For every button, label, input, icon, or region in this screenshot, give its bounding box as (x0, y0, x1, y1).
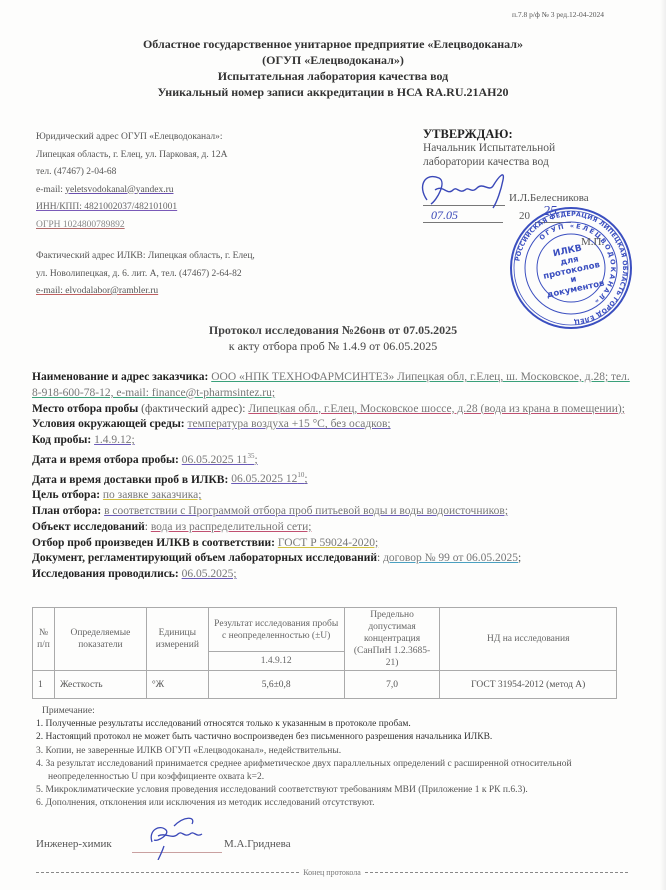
field-sampled-by: Отбор проб произведен ИЛКВ в соответстви… (32, 536, 632, 552)
field-document: Документ, регламентирующий объем лаборат… (32, 551, 632, 567)
note-item: 1. Полученные результаты исследований от… (36, 718, 646, 731)
field-customer: Наименование и адрес заказчика: ООО «НПК… (32, 370, 632, 402)
cell-num: 1 (33, 671, 55, 699)
cell-units: °Ж (146, 671, 208, 699)
sample-code-value: 1.4.9.12; (94, 434, 135, 446)
field-sampling-datetime: Дата и время отбора пробы: 06.05.2025 11… (32, 449, 632, 469)
header-indicator: Определяемые показатели (54, 608, 146, 671)
approval-title: УТВЕРЖДАЮ: (423, 127, 555, 141)
note-item: 2. Настоящий протокол не может быть част… (36, 731, 646, 744)
end-of-protocol: Конец протокола (36, 868, 628, 877)
field-delivery-datetime: Дата и время доставки проб в ИЛКВ: 06.05… (32, 469, 632, 489)
cell-indicator: Жесткость (54, 671, 146, 699)
approver-position-1: Начальник Испытательной (423, 141, 555, 155)
legal-email-row: e-mail: yeletsvodokanal@yandex.ru (36, 182, 227, 200)
ogrn: ОГРН 1024800789892 (36, 217, 227, 235)
sampling-datetime-value: 06.05.2025 1135; (182, 454, 258, 466)
cell-limit: 7,0 (344, 671, 440, 699)
protocol-subtitle: к акту отбора проб № 1.4.9 от 06.05.2025 (0, 338, 666, 354)
protocol-number: №26онв от 07.05.2025 (342, 323, 457, 337)
approval-block: УТВЕРЖДАЮ: Начальник Испытательной лабор… (423, 127, 555, 169)
legal-email-link[interactable]: yeletsvodokanal@yandex.ru (65, 185, 173, 195)
environment-value: температура воздуха +15 °С, без осадков; (188, 418, 391, 430)
end-text: Конец протокола (299, 868, 365, 877)
inn-kpp: ИНН/КПП: 4821002037/482101001 (36, 199, 227, 217)
legal-phone: тел. (47467) 2-04-68 (36, 164, 227, 182)
actual-address-line2: ул. Новолипецкая, д. 6. лит. А, тел. (47… (36, 266, 255, 284)
note-item: 4. За результат исследований принимается… (36, 758, 646, 784)
sampling-place-value: Липецкая обл., г.Елец, Московское шоссе,… (248, 403, 625, 415)
legal-address-line: Липецкая область, г. Елец, ул. Парковая,… (36, 147, 227, 165)
header-num: № п/п (33, 608, 55, 671)
approver-signature-icon (413, 170, 523, 216)
protocol-title: Протокол исследования №26онв от 07.05.20… (0, 322, 666, 338)
field-sample-code: Код пробы: 1.4.9.12; (32, 433, 632, 449)
notes-title: Примечание: (36, 705, 646, 718)
protocol-title-block: Протокол исследования №26онв от 07.05.20… (0, 322, 666, 354)
object-value: вода из распределительной сети; (151, 521, 312, 533)
header-method: НД на исследования (440, 608, 617, 671)
header-limit: Предельно допустимая концентрация (СанПи… (344, 608, 440, 671)
form-reference: п.7.8 р/ф № 3 ред.12-04-2024 (512, 10, 604, 19)
purpose-value: по заявке заказчика; (103, 489, 202, 501)
approver-position-2: лаборатории качества вод (423, 155, 555, 169)
legal-email-label: e-mail: (36, 185, 65, 195)
lab-name: Испытательная лаборатория качества вод (0, 68, 666, 84)
field-conducted: Исследования проводились: 06.05.2025; (32, 567, 632, 583)
header-sample-code: 1.4.9.12 (208, 652, 344, 671)
engineer-name: М.А.Гриднева (224, 838, 291, 850)
field-plan: План отбора: в соответствии с Программой… (32, 504, 632, 520)
notes-block: Примечание: 1. Полученные результаты исс… (36, 705, 646, 811)
engineer-position: Инженер-химик (36, 838, 112, 850)
cell-result: 5,6±0,8 (208, 671, 344, 699)
document-value: договор № 99 от 06.05.2025 (383, 552, 518, 564)
table-row: 1 Жесткость °Ж 5,6±0,8 7,0 ГОСТ 31954-20… (33, 671, 617, 699)
conducted-value: 06.05.2025; (182, 568, 237, 580)
results-table: № п/п Определяемые показатели Единицы из… (32, 607, 617, 699)
header-result: Результат исследования пробы с неопредел… (208, 608, 344, 652)
sample-details: Наименование и адрес заказчика: ООО «НПК… (32, 370, 632, 583)
note-item: 3. Копии, не заверенные ИЛКВ ОГУП «Елецв… (36, 745, 646, 758)
protocol-title-prefix: Протокол исследования (209, 323, 342, 337)
header-units: Единицы измерений (146, 608, 208, 671)
note-item: 6. Дополнения, отклонения или исключения… (36, 797, 646, 810)
seal-label: М.П. (581, 236, 604, 248)
org-full-name: Областное государственное унитарное пред… (0, 36, 666, 52)
actual-address-block: Фактический адрес ИЛКВ: Липецкая область… (36, 248, 255, 301)
delivery-datetime-value: 06.05.2025 1210; (231, 473, 307, 485)
field-purpose: Цель отбора: по заявке заказчика; (32, 488, 632, 504)
plan-value: в соответствии с Программой отбора проб … (104, 505, 508, 517)
sampled-by-value: ГОСТ Р 59024-2020; (278, 537, 378, 549)
actual-address-line1: Фактический адрес ИЛКВ: Липецкая область… (36, 248, 255, 266)
page-edge-shadow (660, 0, 666, 890)
lab-email-link[interactable]: e-mail: elvodalabor@rambler.ru (36, 283, 255, 301)
note-item: 5. Микроклиматические условия проведения… (36, 784, 646, 797)
org-short-name: (ОГУП «Елецводоканал») (0, 52, 666, 68)
organization-stamp-icon: РОССИЙСКАЯ ФЕДЕРАЦИЯ ЛИПЕЦКАЯ ОБЛАСТЬ ГО… (508, 205, 634, 331)
field-environment: Условия окружающей среды: температура во… (32, 417, 632, 433)
end-dash-right (365, 872, 628, 873)
cell-method: ГОСТ 31954-2012 (метод А) (440, 671, 617, 699)
engineer-signature-block: Инженер-химик М.А.Гриднева (36, 838, 336, 862)
legal-address-title: Юридический адрес ОГУП «Елецводоканал»: (36, 129, 227, 147)
table-header-row: № п/п Определяемые показатели Единицы из… (33, 608, 617, 652)
organization-header: Областное государственное унитарное пред… (0, 36, 666, 100)
engineer-signature-icon (144, 816, 214, 860)
field-sampling-place: Место отбора пробы (фактический адрес): … (32, 402, 632, 418)
end-dash-left (36, 872, 299, 873)
field-object: Объект исследований: вода из распределит… (32, 520, 632, 536)
accreditation-number: Уникальный номер записи аккредитации в Н… (0, 84, 666, 100)
legal-address-block: Юридический адрес ОГУП «Елецводоканал»: … (36, 129, 227, 234)
